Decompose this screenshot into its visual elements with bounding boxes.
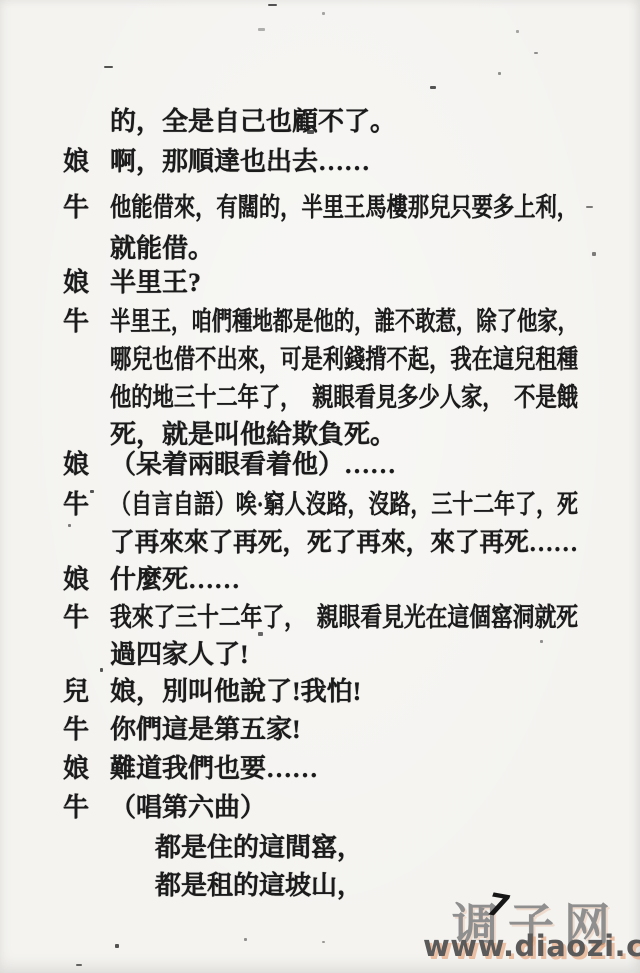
scan-speck — [307, 130, 314, 134]
dialogue-text: 半里王，咱們種地都是他的，誰不敢惹，除了他家， — [110, 301, 578, 338]
scan-speck — [322, 941, 325, 943]
scan-speck — [104, 66, 113, 68]
script-line: 了再來來了再死，死了再來，來了再死…… — [0, 522, 640, 554]
script-line: 的，全是自己也顧不了。 — [0, 101, 640, 133]
script-line: 哪兒也借不出來，可是利錢揹不起，我在這兒租種 — [0, 339, 640, 371]
script-line: 牛我來了三十二年了， 親眼看見光在這個窰洞就死 — [0, 597, 640, 629]
dialogue-text: （呆着兩眼看着他）…… — [110, 444, 396, 481]
scan-speck — [540, 640, 543, 643]
dialogue-text: 娘，別叫他說了!我怕! — [110, 671, 361, 708]
script-line: 死，就是叫他給欺負死。 — [0, 414, 640, 446]
speaker-label: 娘 — [63, 444, 89, 481]
script-line: 娘什麼死…… — [0, 559, 640, 591]
scan-speck — [76, 964, 82, 966]
scan-speck — [430, 86, 436, 89]
watermark-site-url: www.diaozi.com — [423, 929, 640, 963]
dialogue-text: 什麼死…… — [110, 559, 240, 596]
script-line: 兒娘，別叫他說了!我怕! — [0, 671, 640, 703]
scan-speck — [534, 52, 538, 54]
speaker-label: 牛 — [63, 301, 89, 338]
dialogue-text: （唱第六曲） — [110, 787, 266, 824]
dialogue-text: 他的地三十二年了， 親眼看見多少人家， 不是餓 — [110, 377, 578, 414]
speaker-label: 娘 — [63, 262, 89, 299]
scan-speck — [258, 632, 263, 636]
script-line: 過四家人了! — [0, 634, 640, 666]
dialogue-text: 哪兒也借不出來，可是利錢揹不起，我在這兒租種 — [110, 339, 578, 376]
script-line: 牛半里王，咱們種地都是他的，誰不敢惹，除了他家， — [0, 301, 640, 333]
scan-speck — [498, 72, 501, 75]
script-line: 娘啊，那順達也出去…… — [0, 141, 640, 173]
dialogue-text: 你們這是第五家! — [110, 709, 301, 746]
speaker-label: 牛 — [63, 709, 89, 746]
song-verse-text: 都是租的這坡山， — [155, 865, 363, 902]
scan-speck — [115, 944, 119, 948]
speaker-label: 牛 — [63, 187, 89, 224]
script-line: 就能借。 — [0, 228, 640, 260]
scan-speck — [516, 30, 519, 33]
speaker-label: 牛 — [63, 597, 89, 634]
song-verse-text: 都是住的這間窰， — [155, 827, 363, 864]
scan-speck — [244, 938, 247, 941]
scan-speck — [592, 252, 596, 256]
dialogue-text: 半里王? — [110, 262, 201, 299]
script-line: 牛（唱第六曲） — [0, 787, 640, 819]
scan-speck — [268, 4, 277, 6]
dialogue-text: 難道我們也要…… — [110, 748, 318, 785]
script-line: 娘難道我們也要…… — [0, 748, 640, 780]
script-line: 牛（自言自語）唉·窮人沒路，沒路，三十二年了，死 — [0, 484, 640, 516]
speaker-label: 兒 — [63, 671, 89, 708]
dialogue-text: 他能借來，有闊的，半里王馬樓那兒只要多上利， — [110, 187, 578, 224]
script-line: 都是住的這間窰， — [0, 827, 640, 859]
speaker-label: 牛 — [63, 787, 89, 824]
scan-speck — [68, 524, 71, 527]
scanned-page: 的，全是自己也顧不了。娘啊，那順達也出去……牛他能借來，有闊的，半里王馬樓那兒只… — [0, 0, 640, 973]
dialogue-text: 啊，那順達也出去…… — [110, 141, 370, 178]
scan-speck — [586, 206, 593, 208]
script-line: 娘（呆着兩眼看着他）…… — [0, 444, 640, 476]
script-line: 娘半里王? — [0, 262, 640, 294]
scan-speck — [322, 12, 325, 15]
scan-speck — [100, 668, 103, 672]
speaker-label: 娘 — [63, 141, 89, 178]
speaker-label: 牛 — [63, 484, 89, 521]
speaker-label: 娘 — [63, 559, 89, 596]
script-line: 牛他能借來，有闊的，半里王馬樓那兒只要多上利， — [0, 187, 640, 219]
script-line: 他的地三十二年了， 親眼看見多少人家， 不是餓 — [0, 377, 640, 409]
scan-speck — [258, 28, 265, 31]
dialogue-text: 了再來來了再死，死了再來，來了再死…… — [110, 522, 578, 559]
speaker-label: 娘 — [63, 748, 89, 785]
script-line: 牛你們這是第五家! — [0, 709, 640, 741]
scan-speck — [90, 490, 94, 493]
dialogue-text: 就能借。 — [110, 228, 214, 265]
dialogue-text: 我來了三十二年了， 親眼看見光在這個窰洞就死 — [110, 597, 578, 634]
dialogue-text: 的，全是自己也顧不了。 — [110, 101, 396, 138]
dialogue-text: （自言自語）唉·窮人沒路，沒路，三十二年了，死 — [110, 484, 578, 521]
dialogue-text: 過四家人了! — [110, 634, 249, 671]
